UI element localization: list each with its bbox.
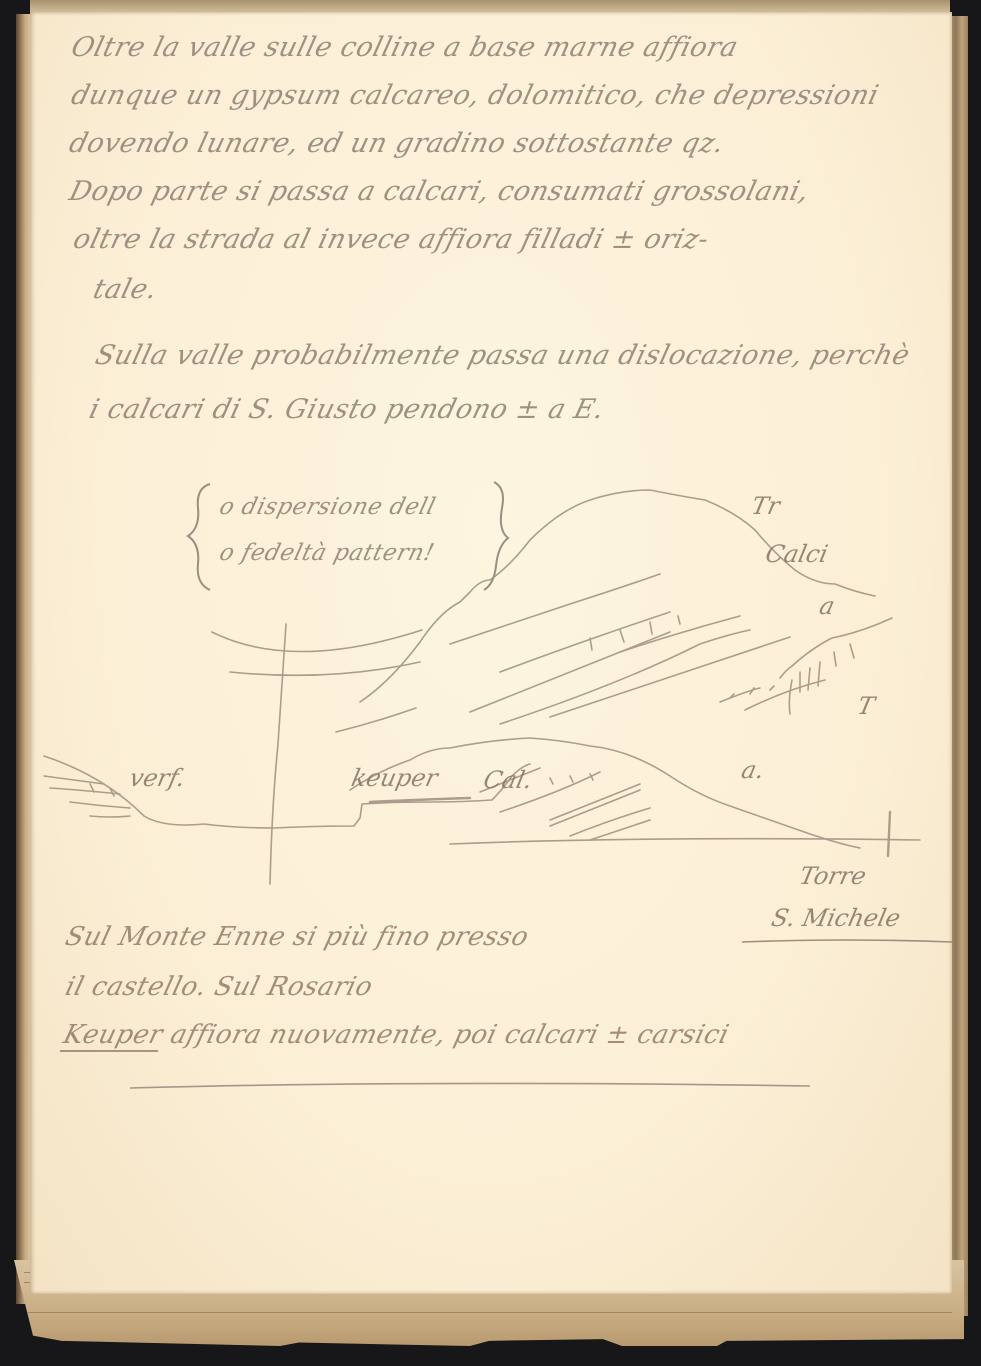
- geological-cross-section-sketch: [30, 12, 952, 1294]
- sketch-place-line1: Torre: [797, 862, 869, 890]
- page-edge-line: [24, 1312, 952, 1313]
- note-line: Keuper affiora nuovamente, poi calcari ±…: [60, 1020, 732, 1050]
- note-line: Sul Monte Enne si più fino presso: [62, 922, 532, 952]
- note-line-rest: affiora nuovamente, poi calcari ± carsic…: [167, 1020, 732, 1050]
- sketch-label-calci: Calci: [763, 540, 830, 568]
- sketch-label-cal: Cal.: [481, 766, 535, 794]
- sketch-label-verf: verf.: [127, 764, 188, 792]
- underlined-word: Keuper: [60, 1020, 166, 1052]
- notebook-page: Oltre la valle sulle colline a base marn…: [30, 12, 952, 1294]
- sketch-label-keuper: keuper: [349, 764, 440, 792]
- sketch-place-line2: S. Michele: [769, 904, 903, 932]
- place-label-underline: [742, 940, 952, 942]
- end-of-section-line: [130, 1083, 810, 1088]
- note-line: il castello. Sul Rosario: [62, 972, 376, 1002]
